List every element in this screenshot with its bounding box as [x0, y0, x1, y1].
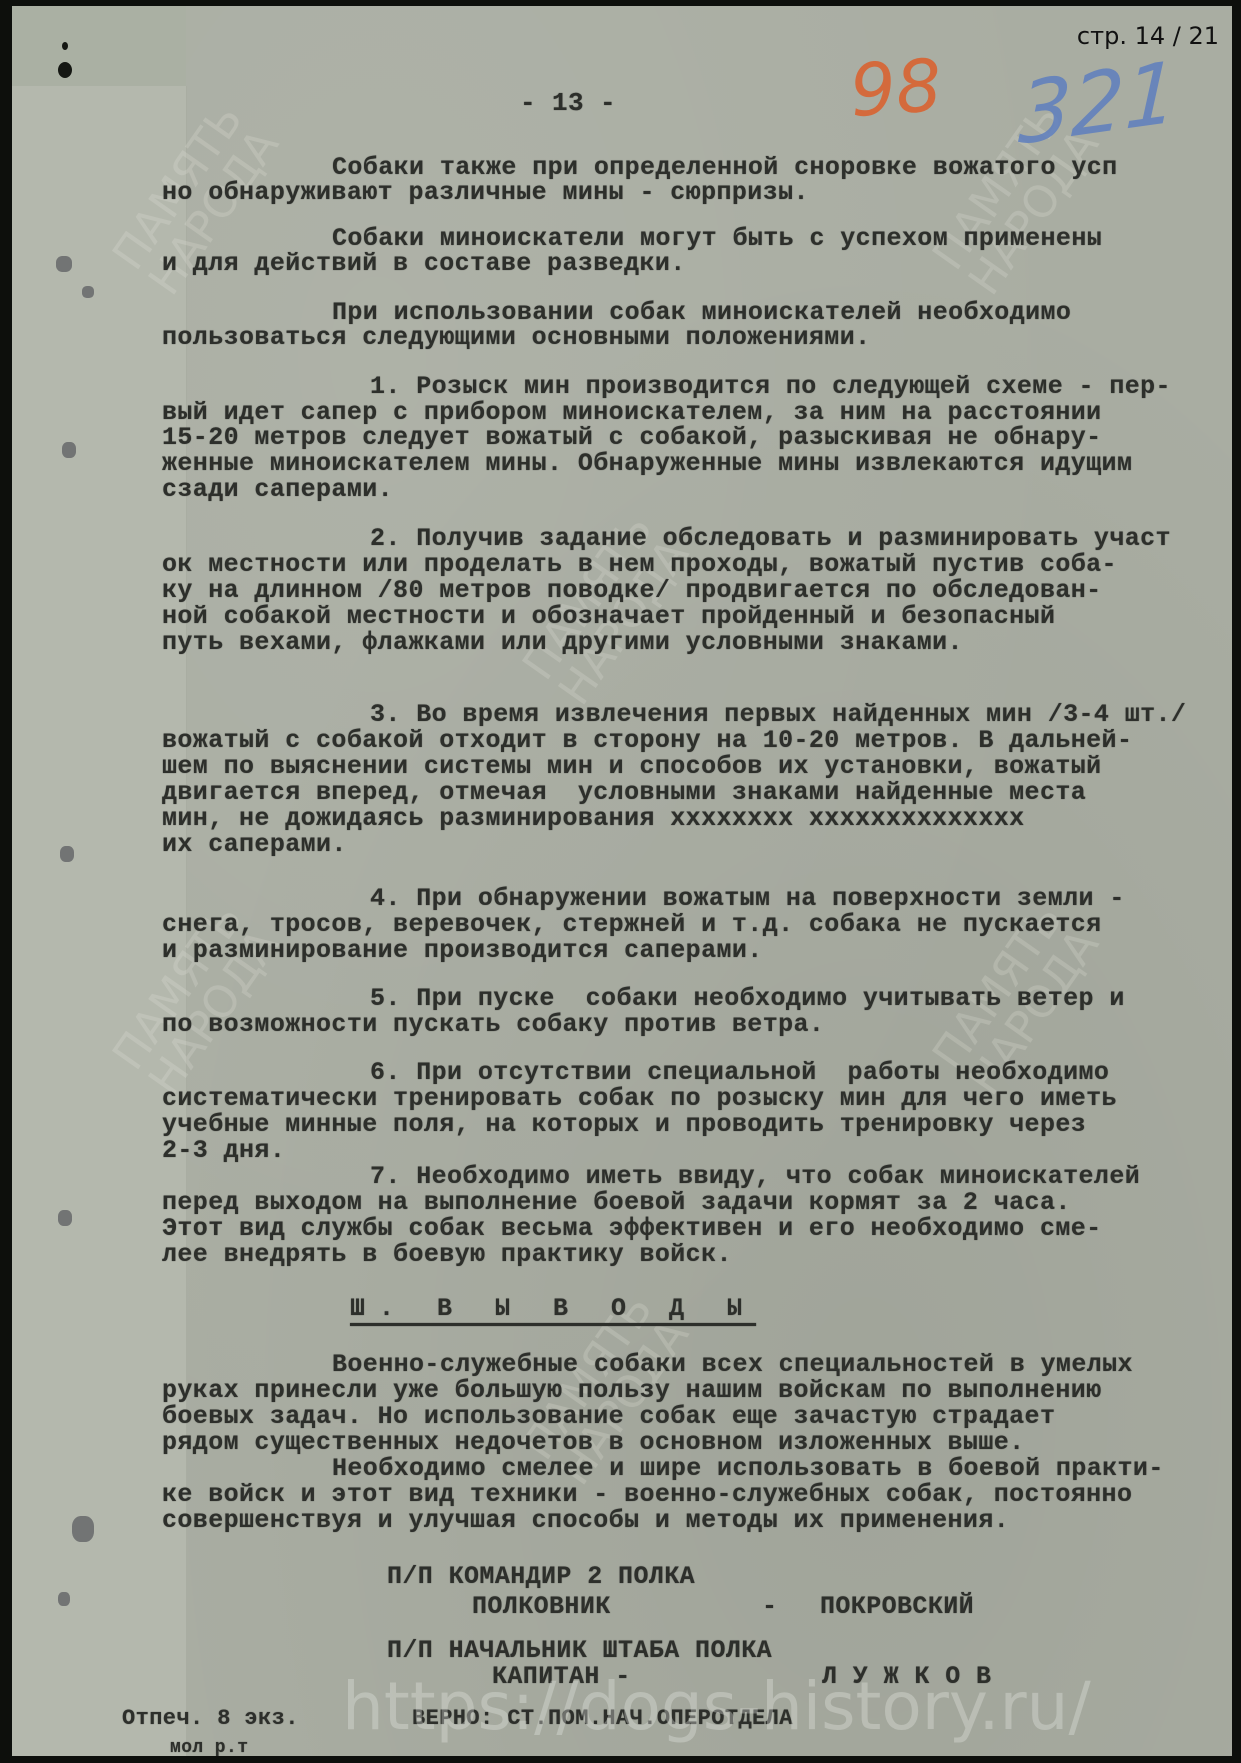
binding-mark [82, 286, 94, 298]
page-number: - 13 - [520, 88, 616, 118]
text-line: и для действий в составе разведки. [162, 249, 686, 278]
signature-line: - [762, 1592, 777, 1621]
signature-name: ПОКРОВСКИЙ [820, 1592, 974, 1621]
text-line: 7. Необходимо иметь ввиду, что собак мин… [370, 1162, 1140, 1191]
text-line: учебные минные поля, на которых и провод… [162, 1110, 1086, 1139]
text-line: ке войск и этот вид техники - военно-слу… [162, 1480, 1132, 1509]
text-line: женные миноискателем мины. Обнаруженные … [162, 449, 1132, 478]
archive-number-red: 98 [847, 43, 944, 133]
binding-mark [58, 1210, 72, 1226]
binding-mark [56, 256, 72, 272]
text-line: ку на длинном /80 метров поводке/ продви… [162, 576, 1102, 605]
text-line: Этот вид службы собак весьма эффективен … [162, 1214, 1102, 1243]
text-line: рядом существенных недочетов в основном … [162, 1428, 1025, 1457]
text-line: 15-20 метров следует вожатый с собакой, … [162, 423, 1102, 452]
binding-mark [60, 846, 74, 862]
text-line: двигается вперед, отмечая условными знак… [162, 778, 1086, 807]
text-line: лее внедрять в боевую практику войск. [162, 1240, 732, 1269]
text-line: вожатый с собакой отходит в сторону на 1… [162, 726, 1132, 755]
text-line: пользоваться следующими основными положе… [162, 323, 871, 352]
signature-name: Л У Ж К О В [822, 1662, 991, 1691]
binding-hole [58, 62, 72, 78]
page-counter: стр. 14 / 21 [1077, 22, 1219, 50]
signature-line: КАПИТАН - [492, 1662, 631, 1691]
text-line: 2-3 дня. [162, 1136, 285, 1165]
binding-hole [62, 42, 68, 50]
text-line: сзади саперами. [162, 475, 393, 504]
text-line: 4. При обнаружении вожатым на поверхност… [370, 884, 1125, 913]
text-line: но обнаруживают различные мины - сюрприз… [162, 178, 809, 207]
text-line: их саперами. [162, 830, 347, 859]
section-heading: Ш. В Ы В О Д Ы [350, 1294, 756, 1323]
text-line: 5. При пуске собаки необходимо учитывать… [370, 984, 1125, 1013]
text-line: 6. При отсутствии специальной работы нео… [370, 1058, 1109, 1087]
paper-overlap-strip [12, 86, 187, 1756]
text-line: шем по выяснении системы мин и способов … [162, 752, 1102, 781]
paper-overlap-top [12, 6, 186, 86]
copies-note: Отпеч. 8 экз. [122, 1706, 299, 1731]
text-line: ной собакой местности и обозначает пройд… [162, 602, 1055, 631]
text-line: руках принесли уже большую пользу нашим … [162, 1376, 1102, 1405]
copies-note-2: мол р.т [170, 1738, 248, 1756]
text-line: по возможности пускать собаку против вет… [162, 1010, 824, 1039]
text-line: Военно-служебные собаки всех специальнос… [332, 1350, 1133, 1379]
text-line: совершенствуя и улучшая способы и методы… [162, 1506, 1009, 1535]
signature-line: П/П НАЧАЛЬНИК ШТАБА ПОЛКА [387, 1636, 772, 1665]
binding-mark [72, 1516, 94, 1542]
text-line: мин, не дожидаясь разминирования ххххххх… [162, 804, 1025, 833]
text-line: и разминирование производится саперами. [162, 936, 763, 965]
text-line: путь вехами, флажками или другими условн… [162, 628, 963, 657]
binding-mark [58, 1592, 70, 1606]
text-line: ок местности или проделать в нем проходы… [162, 550, 1117, 579]
text-line: 3. Во время извлечения первых найденных … [370, 700, 1186, 729]
text-line: систематически тренировать собак по розы… [162, 1084, 1117, 1113]
text-line: перед выходом на выполнение боевой задач… [162, 1188, 1071, 1217]
text-line: Необходимо смелее и шире использовать в … [332, 1454, 1164, 1483]
text-line: боевых задач. Но использование собак еще… [162, 1402, 1055, 1431]
text-line: 2. Получив задание обследовать и размини… [370, 524, 1171, 553]
text-line: 1. Розыск мин производится по следующей … [370, 372, 1171, 401]
archive-number-blue: 321 [1017, 42, 1179, 164]
certified-note: ВЕРНО: СТ.ПОМ.НАЧ.ОПЕРОТДЕЛА [412, 1706, 793, 1731]
document-page: ПАМЯТЬ НАРОДА ПАМЯТЬ НАРОДА ПАМЯТЬ НАРОД… [12, 6, 1232, 1756]
binding-mark [62, 442, 76, 458]
text-line: снега, тросов, веревочек, стержней и т.д… [162, 910, 1102, 939]
signature-line: П/П КОМАНДИР 2 ПОЛКА [387, 1562, 695, 1591]
signature-line: ПОЛКОВНИК [472, 1592, 611, 1621]
